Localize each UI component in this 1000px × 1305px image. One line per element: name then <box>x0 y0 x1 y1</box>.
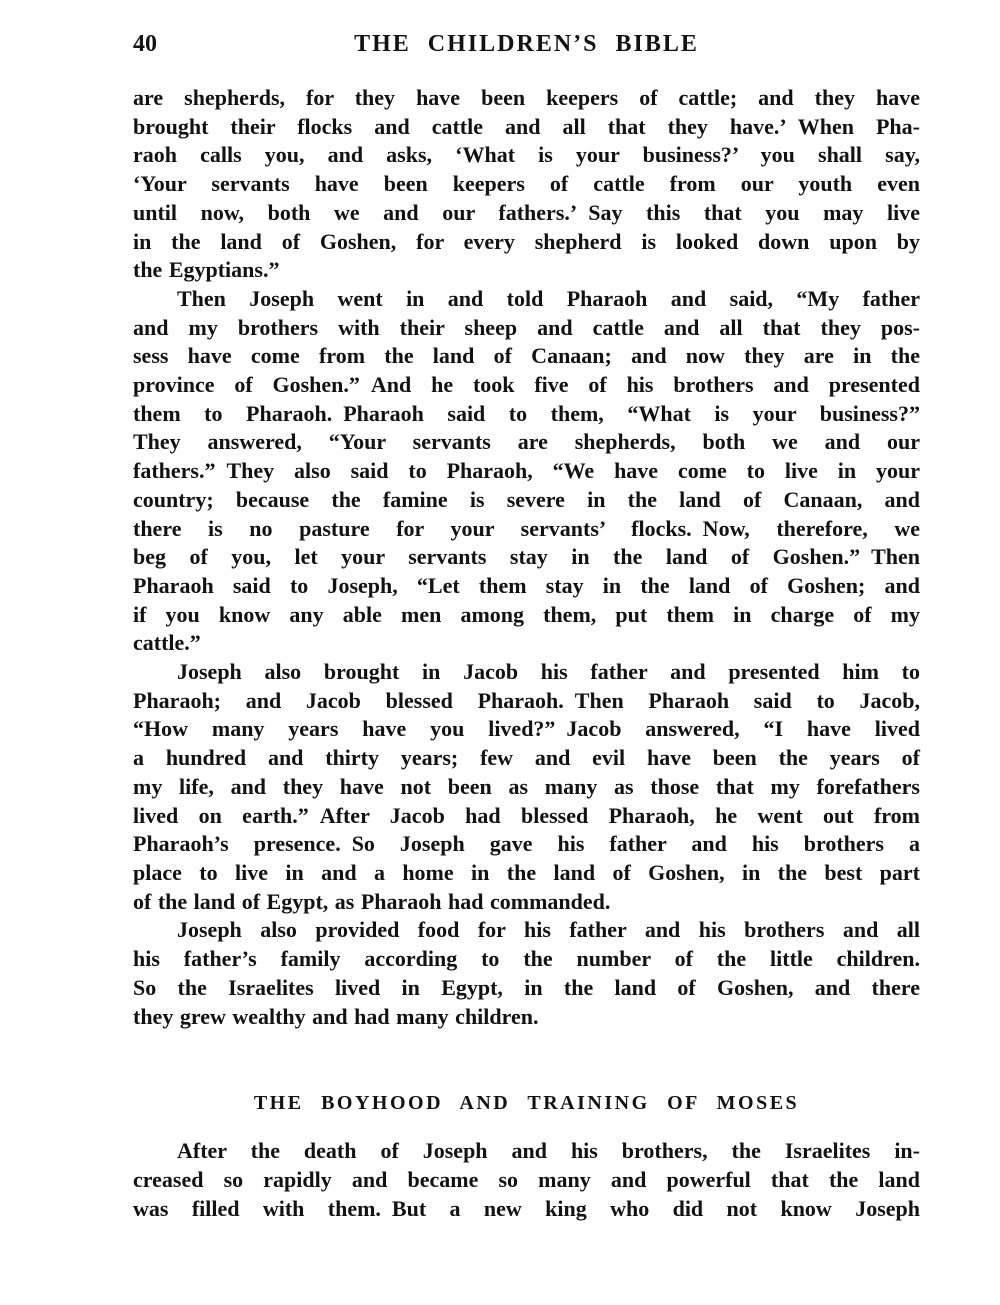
text-line: are shepherds, for they have been keeper… <box>133 84 920 113</box>
running-title: THE CHILDREN’S BIBLE <box>133 31 920 58</box>
text-line: was filled with them. But a new king who… <box>133 1195 920 1224</box>
text-line: my life, and they have not been as many … <box>133 773 920 802</box>
text-line: of the land of Egypt, as Pharaoh had com… <box>133 888 920 917</box>
section-heading: THE BOYHOOD AND TRAINING OF MOSES <box>133 1091 920 1115</box>
text-line: place to live in and a home in the land … <box>133 859 920 888</box>
text-line: province of Goshen.” And he took five of… <box>133 371 920 400</box>
text-line: until now, both we and our fathers.’ Say… <box>133 199 920 228</box>
text-line: After the death of Joseph and his brothe… <box>133 1137 920 1166</box>
text-line: if you know any able men among them, put… <box>133 601 920 630</box>
text-line: So the Israelites lived in Egypt, in the… <box>133 974 920 1003</box>
book-page: 40 THE CHILDREN’S BIBLE are shepherds, f… <box>0 0 1000 1305</box>
text-line: Joseph also brought in Jacob his father … <box>133 658 920 687</box>
text-line: Pharaoh said to Joseph, “Let them stay i… <box>133 572 920 601</box>
text-line: country; because the famine is severe in… <box>133 486 920 515</box>
page-header: 40 THE CHILDREN’S BIBLE <box>133 31 920 61</box>
text-line: beg of you, let your servants stay in th… <box>133 543 920 572</box>
text-line: sess have come from the land of Canaan; … <box>133 342 920 371</box>
text-block-joseph: are shepherds, for they have been keeper… <box>133 84 920 1031</box>
text-line: Pharaoh’s presence. So Joseph gave his f… <box>133 830 920 859</box>
text-line: They answered, “Your servants are shephe… <box>133 428 920 457</box>
text-line: Joseph also provided food for his father… <box>133 916 920 945</box>
text-line: in the land of Goshen, for every shepher… <box>133 228 920 257</box>
text-line: ‘Your servants have been keepers of catt… <box>133 170 920 199</box>
text-line: lived on earth.” After Jacob had blessed… <box>133 802 920 831</box>
text-line: his father’s family according to the num… <box>133 945 920 974</box>
text-line: a hundred and thirty years; few and evil… <box>133 744 920 773</box>
text-line: they grew wealthy and had many children. <box>133 1003 920 1032</box>
text-line: “How many years have you lived?” Jacob a… <box>133 715 920 744</box>
paragraph: Then Joseph went in and told Pharaoh and… <box>133 285 920 658</box>
text-line: the Egyptians.” <box>133 256 920 285</box>
text-line: Pharaoh; and Jacob blessed Pharaoh. Then… <box>133 687 920 716</box>
text-line: there is no pasture for your servants’ f… <box>133 515 920 544</box>
text-line: and my brothers with their sheep and cat… <box>133 314 920 343</box>
text-line: fathers.” They also said to Pharaoh, “We… <box>133 457 920 486</box>
text-line: brought their flocks and cattle and all … <box>133 113 920 142</box>
page-content: are shepherds, for they have been keeper… <box>133 84 920 1223</box>
text-block-moses: After the death of Joseph and his brothe… <box>133 1137 920 1223</box>
text-line: raoh calls you, and asks, ‘What is your … <box>133 141 920 170</box>
paragraph: are shepherds, for they have been keeper… <box>133 84 920 285</box>
text-line: Then Joseph went in and told Pharaoh and… <box>133 285 920 314</box>
page-number: 40 <box>133 31 157 58</box>
text-line: creased so rapidly and became so many an… <box>133 1166 920 1195</box>
paragraph: After the death of Joseph and his brothe… <box>133 1137 920 1223</box>
paragraph: Joseph also brought in Jacob his father … <box>133 658 920 916</box>
text-line: them to Pharaoh. Pharaoh said to them, “… <box>133 400 920 429</box>
paragraph: Joseph also provided food for his father… <box>133 916 920 1031</box>
text-line: cattle.” <box>133 629 920 658</box>
